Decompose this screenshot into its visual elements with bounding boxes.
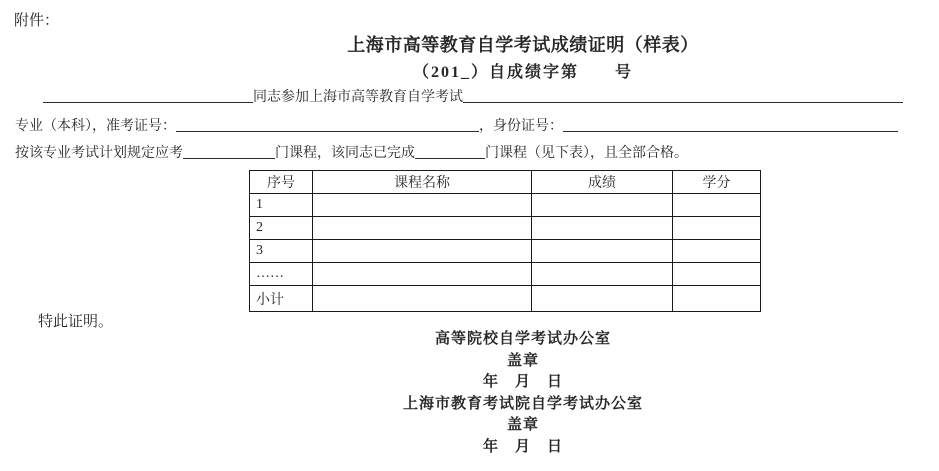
score-cell (532, 263, 673, 286)
course-name-cell (313, 263, 532, 286)
seq-no-cell: …… (250, 263, 313, 286)
seal-label-1: 盖章 (105, 351, 939, 373)
table-header-row: 序号 课程名称 成绩 学分 (250, 171, 761, 194)
course-count-line: 按该专业考试计划规定应考门课程，该同志已完成门课程（见下表），且全部合格。 (15, 144, 688, 164)
credit-cell (673, 240, 761, 263)
participant-text: 同志参加上海市高等教育自学考试 (253, 90, 463, 105)
certify-statement: 特此证明。 (38, 310, 113, 331)
header-course-name: 课程名称 (313, 171, 532, 194)
participant-line: 同志参加上海市高等教育自学考试 (43, 88, 903, 108)
table-row: 3 (250, 240, 761, 263)
header-credit: 学分 (673, 171, 761, 194)
required-count-blank-field (183, 144, 275, 159)
seal-label-2: 盖章 (105, 415, 939, 437)
header-seq-no: 序号 (250, 171, 313, 194)
score-cell (532, 240, 673, 263)
attachment-label: 附件： (14, 9, 59, 30)
date-line-1: 年 月 日 (105, 372, 939, 394)
serial-number-line: （201_）自成绩字第 号 (105, 59, 939, 82)
document-title: 上海市高等教育自学考试成绩证明（样表） (105, 31, 939, 57)
completed-courses-label: 门课程，该同志已完成 (275, 146, 415, 161)
credit-cell (673, 217, 761, 240)
all-passed-text: 门课程（见下表），且全部合格。 (485, 146, 688, 161)
id-number-blank-field (563, 117, 898, 132)
major-and-id-line: 专业（本科），准考证号：，身份证号： (15, 117, 898, 137)
credit-cell (673, 263, 761, 286)
header-score: 成绩 (532, 171, 673, 194)
course-name-cell (313, 194, 532, 217)
score-cell (532, 286, 673, 312)
signature-org-1: 高等院校自学考试办公室 (105, 329, 939, 351)
score-table: 序号 课程名称 成绩 学分 1 2 3 (249, 170, 761, 312)
exam-name-blank-field (463, 88, 903, 103)
signature-org-2: 上海市教育考试院自学考试办公室 (105, 394, 939, 416)
ticket-number-blank-field (176, 117, 479, 132)
required-courses-label: 按该专业考试计划规定应考 (15, 146, 183, 161)
signature-block: 高等院校自学考试办公室 盖章 年 月 日 上海市教育考试院自学考试办公室 盖章 … (105, 329, 939, 458)
course-name-cell (313, 240, 532, 263)
date-line-2: 年 月 日 (105, 437, 939, 459)
score-cell (532, 194, 673, 217)
seq-no-cell: 1 (250, 194, 313, 217)
credit-cell (673, 194, 761, 217)
table-row: …… (250, 263, 761, 286)
course-name-cell (313, 217, 532, 240)
course-name-cell (313, 286, 532, 312)
completed-count-blank-field (415, 144, 485, 159)
name-blank-field (43, 88, 253, 103)
score-cell (532, 217, 673, 240)
table-row: 2 (250, 217, 761, 240)
certificate-document-page: 附件： 上海市高等教育自学考试成绩证明（样表） （201_）自成绩字第 号 同志… (0, 0, 939, 471)
credit-cell (673, 286, 761, 312)
id-number-label: ，身份证号： (479, 119, 563, 134)
table-row-subtotal: 小计 (250, 286, 761, 312)
seq-no-cell: 3 (250, 240, 313, 263)
table-row: 1 (250, 194, 761, 217)
major-ticket-label: 专业（本科），准考证号： (15, 119, 176, 134)
seq-no-cell: 小计 (250, 286, 313, 312)
seq-no-cell: 2 (250, 217, 313, 240)
